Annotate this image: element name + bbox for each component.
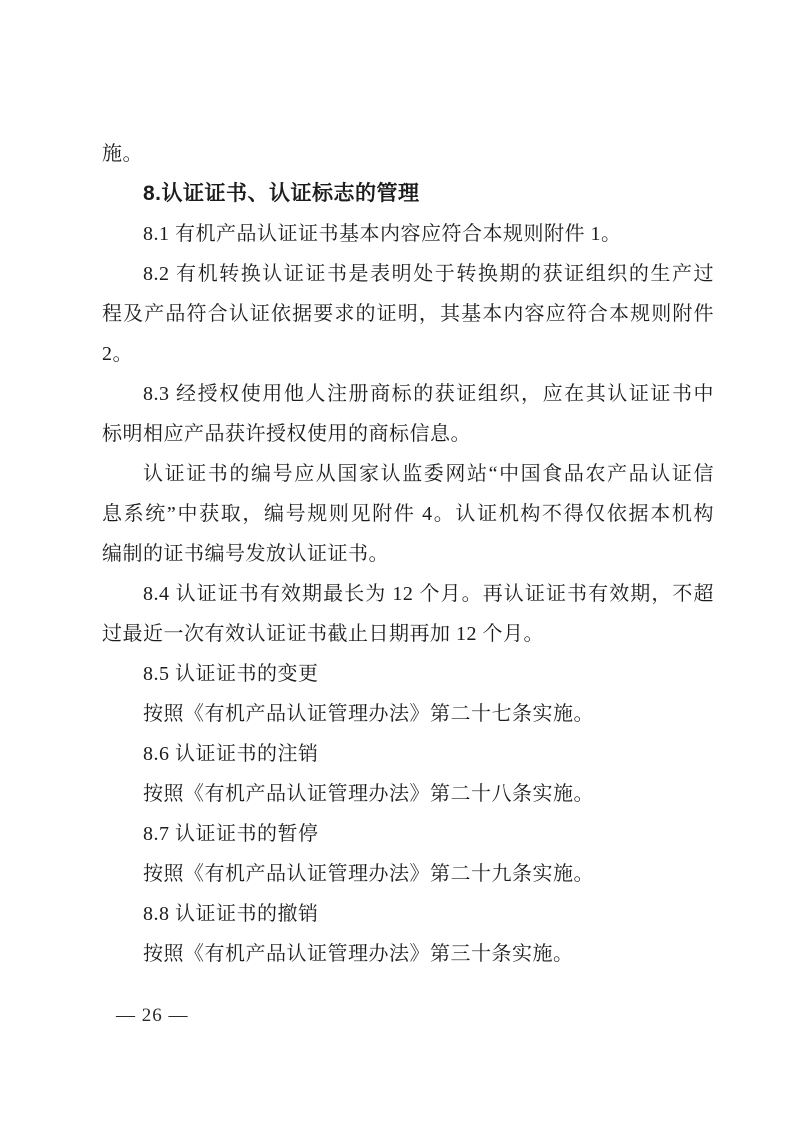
text-line-8-7-body: 按照《有机产品认证管理办法》第二十九条实施。: [102, 854, 714, 894]
text-line-8-1: 8.1 有机产品认证证书基本内容应符合本规则附件 1。: [102, 214, 714, 254]
text-line-8-2-c: 2。: [102, 334, 714, 374]
text-line-8-6: 8.6 认证证书的注销: [102, 734, 714, 774]
text-line-8-2-a: 8.2 有机转换认证证书是表明处于转换期的获证组织的生产过: [102, 254, 714, 294]
text-line-8-4-a: 8.4 认证证书有效期最长为 12 个月。再认证证书有效期，不超: [102, 574, 714, 614]
text-line-8-2-b: 程及产品符合认证依据要求的证明，其基本内容应符合本规则附件: [102, 294, 714, 334]
text-line-8-5-body: 按照《有机产品认证管理办法》第二十七条实施。: [102, 694, 714, 734]
text-line-8-4-b: 过最近一次有效认证证书截止日期再加 12 个月。: [102, 614, 714, 654]
text-line-8-6-body: 按照《有机产品认证管理办法》第二十八条实施。: [102, 774, 714, 814]
text-line-numbering-c: 编制的证书编号发放认证证书。: [102, 534, 714, 574]
page-number: — 26 —: [116, 1005, 189, 1026]
document-body: 施。 8.认证证书、认证标志的管理 8.1 有机产品认证证书基本内容应符合本规则…: [102, 134, 714, 974]
text-line-8-3-b: 标明相应产品获许授权使用的商标信息。: [102, 414, 714, 454]
text-line-8-7: 8.7 认证证书的暂停: [102, 814, 714, 854]
document-page: 施。 8.认证证书、认证标志的管理 8.1 有机产品认证证书基本内容应符合本规则…: [0, 0, 794, 1123]
text-line-continuation: 施。: [102, 134, 714, 174]
text-line-8-3-a: 8.3 经授权使用他人注册商标的获证组织，应在其认证证书中: [102, 374, 714, 414]
page-footer: — 26 —: [116, 1001, 189, 1031]
section-heading: 8.认证证书、认证标志的管理: [102, 174, 714, 214]
text-line-8-8: 8.8 认证证书的撤销: [102, 894, 714, 934]
text-line-numbering-a: 认证证书的编号应从国家认监委网站“中国食品农产品认证信: [102, 454, 714, 494]
text-line-8-5: 8.5 认证证书的变更: [102, 654, 714, 694]
text-line-8-8-body: 按照《有机产品认证管理办法》第三十条实施。: [102, 934, 714, 974]
text-line-numbering-b: 息系统”中获取，编号规则见附件 4。认证机构不得仅依据本机构: [102, 494, 714, 534]
